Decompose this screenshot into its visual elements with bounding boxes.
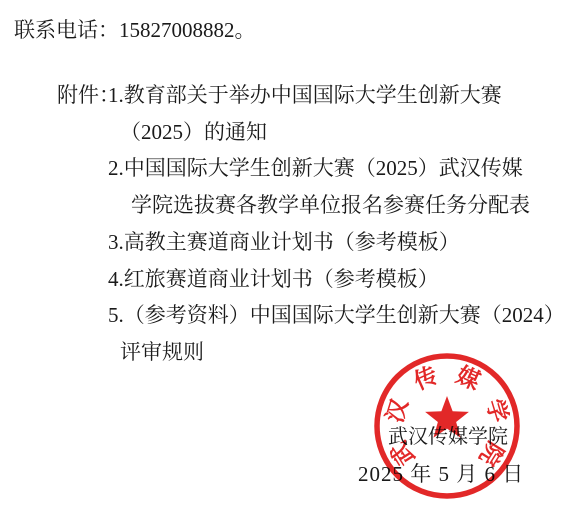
attachment-item-line: 3.高教主赛道商业计划书（参考模板） bbox=[108, 224, 565, 261]
attachment-item-line: 4.红旅赛道商业计划书（参考模板） bbox=[108, 261, 565, 298]
attachment-item-line: （2025）的通知 bbox=[120, 114, 565, 151]
attachment-item: 2.中国国际大学生创新大赛（2025）武汉传媒 学院选拔赛各教学单位报名参赛任务… bbox=[108, 150, 565, 223]
attachment-item: 3.高教主赛道商业计划书（参考模板） bbox=[108, 224, 565, 261]
attachment-item-line: 1.教育部关于举办中国国际大学生创新大赛 bbox=[108, 77, 565, 114]
attachment-item: 4.红旅赛道商业计划书（参考模板） bbox=[108, 261, 565, 298]
attachments-list: 1.教育部关于举办中国国际大学生创新大赛 （2025）的通知 2.中国国际大学生… bbox=[108, 77, 565, 371]
signature-date: 2025 年 5 月 6 日 bbox=[358, 456, 524, 493]
contact-number: 15827008882。 bbox=[119, 18, 256, 42]
attachment-item-line: 学院选拔赛各教学单位报名参赛任务分配表 bbox=[131, 187, 565, 224]
contact-label: 联系电话： bbox=[14, 18, 119, 42]
attachment-item-line: 5.（参考资料）中国国际大学生创新大赛（2024） bbox=[108, 297, 565, 334]
attachment-item-line: 评审规则 bbox=[120, 334, 565, 371]
attachment-item-line: 2.中国国际大学生创新大赛（2025）武汉传媒 bbox=[108, 150, 565, 187]
contact-line: 联系电话：15827008882。 bbox=[14, 12, 256, 49]
signature-organization: 武汉传媒学院 bbox=[388, 419, 508, 456]
attachment-item: 5.（参考资料）中国国际大学生创新大赛（2024） 评审规则 bbox=[108, 297, 565, 370]
attachment-item: 1.教育部关于举办中国国际大学生创新大赛 （2025）的通知 bbox=[108, 77, 565, 150]
document-page: 联系电话：15827008882。 附件： 1.教育部关于举办中国国际大学生创新… bbox=[0, 0, 570, 530]
